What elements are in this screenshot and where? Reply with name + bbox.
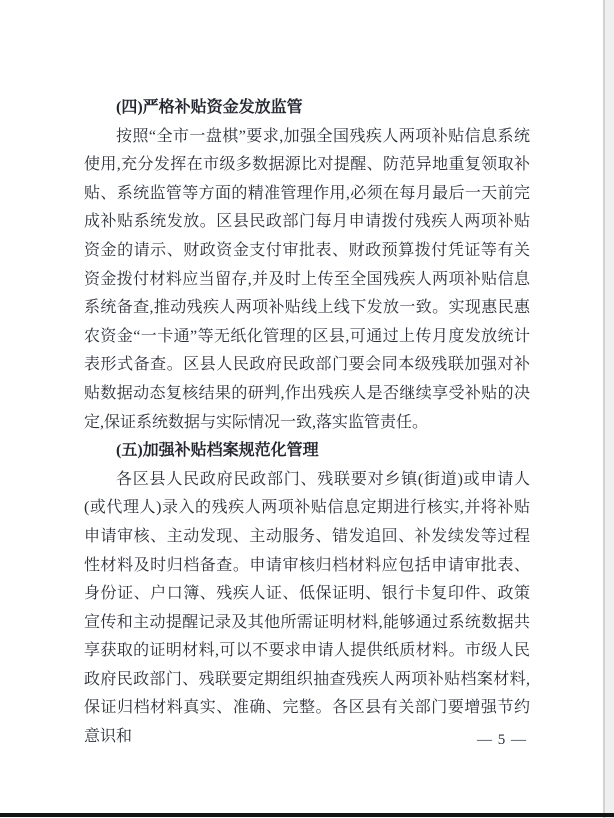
scan-edge-line — [603, 0, 605, 818]
section-paragraph-4: 按照“全市一盘棋”要求,加强全国残疾人两项补贴信息系统使用,充分发挥在市级多数据… — [84, 123, 530, 438]
section-heading-5: (五)加强补贴档案规范化管理 — [84, 437, 530, 466]
document-page: (四)严格补贴资金发放监管 按照“全市一盘棋”要求,加强全国残疾人两项补贴信息系… — [0, 0, 614, 818]
scan-bottom-line — [0, 813, 614, 817]
section-heading-4: (四)严格补贴资金发放监管 — [84, 94, 530, 123]
page-number: — 5 — — [84, 732, 527, 749]
document-body: (四)严格补贴资金发放监管 按照“全市一盘棋”要求,加强全国残疾人两项补贴信息系… — [84, 94, 530, 752]
scan-edge-strip — [604, 0, 614, 818]
section-paragraph-5: 各区县人民政府民政部门、残联要对乡镇(街道)或申请人(或代理人)录入的残疾人两项… — [84, 466, 530, 752]
